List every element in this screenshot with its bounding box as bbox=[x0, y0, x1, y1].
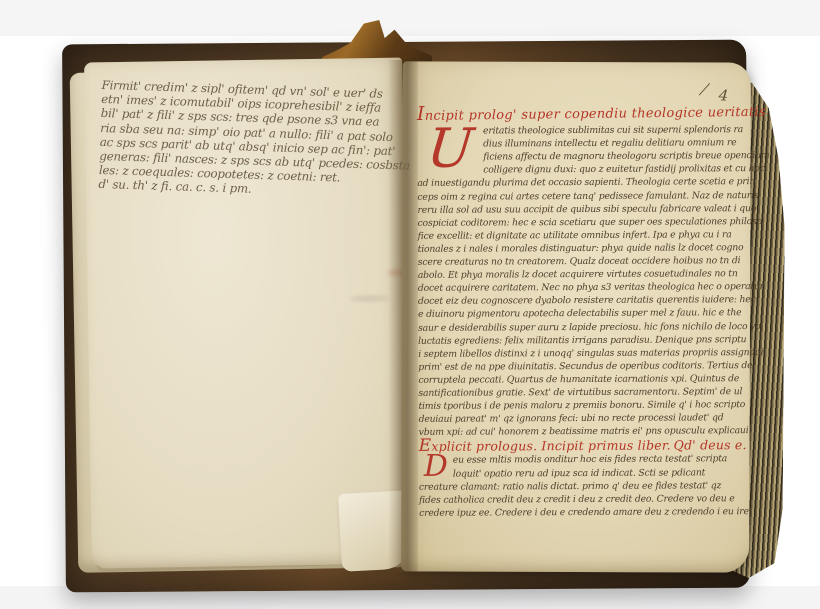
background-band-top bbox=[0, 0, 820, 36]
manuscript-line: saur e desiderabilis super auru z lapide… bbox=[418, 320, 746, 335]
manuscript-line: eu esse mltis modis onditur hoc eis fide… bbox=[419, 453, 747, 468]
right-page-text-block: Incipit prolog' super copendiu theologic… bbox=[417, 105, 747, 520]
opening-paragraph: U eritatis theologice sublimitas cui sit… bbox=[417, 123, 745, 177]
folio-number: 4 bbox=[703, 83, 729, 105]
manuscript-line: e diuinoru pigmentoru apotecha delectabi… bbox=[418, 307, 746, 322]
manuscript-line: credere ipuz ee. Credere i deu e credend… bbox=[419, 505, 747, 520]
manuscript-photo: { "colors": { "rubric_red": "#b43527", "… bbox=[0, 0, 820, 609]
rubric-explicit-prologus: Explicit prologus. Incipit primus liber.… bbox=[419, 438, 747, 453]
liber-primus-opening: D eu esse mltis modis onditur hoc eis fi… bbox=[419, 453, 747, 481]
manuscript-line: loquit' opatio reru ad ipuz sca id indic… bbox=[419, 466, 747, 481]
illuminated-initial-u: U bbox=[415, 125, 486, 175]
manuscript-line: reru illa sol ad usu suu accipit de quib… bbox=[417, 202, 745, 217]
ink-bleed-mark bbox=[350, 296, 390, 302]
manuscript-line: ceps oim z regina cui artes cetere tanq'… bbox=[417, 189, 745, 204]
left-page-text-block: Firmit' credim' z sipl' ofitem' qd vn' s… bbox=[98, 78, 361, 200]
rubric-explicit-text: Explicit prologus. Incipit primus liber. bbox=[419, 439, 671, 453]
manuscript-line: creature clamant: ratio nalis dictat. pr… bbox=[419, 479, 747, 494]
folio-number-text: 4 bbox=[718, 86, 729, 105]
second-opening-lines: eu esse mltis modis onditur hoc eis fide… bbox=[419, 453, 747, 481]
closing-lines: creature clamant: ratio nalis dictat. pr… bbox=[419, 479, 747, 520]
illuminated-initial-d: D bbox=[419, 454, 453, 479]
prologue-body-lines: ad inuestigandu plurima det occasio sapi… bbox=[417, 176, 746, 440]
rubric-quod-deus-text: Qd' deus e. bbox=[674, 438, 747, 451]
manuscript-line: luctatis egrediens: felix militantis irr… bbox=[418, 333, 746, 348]
